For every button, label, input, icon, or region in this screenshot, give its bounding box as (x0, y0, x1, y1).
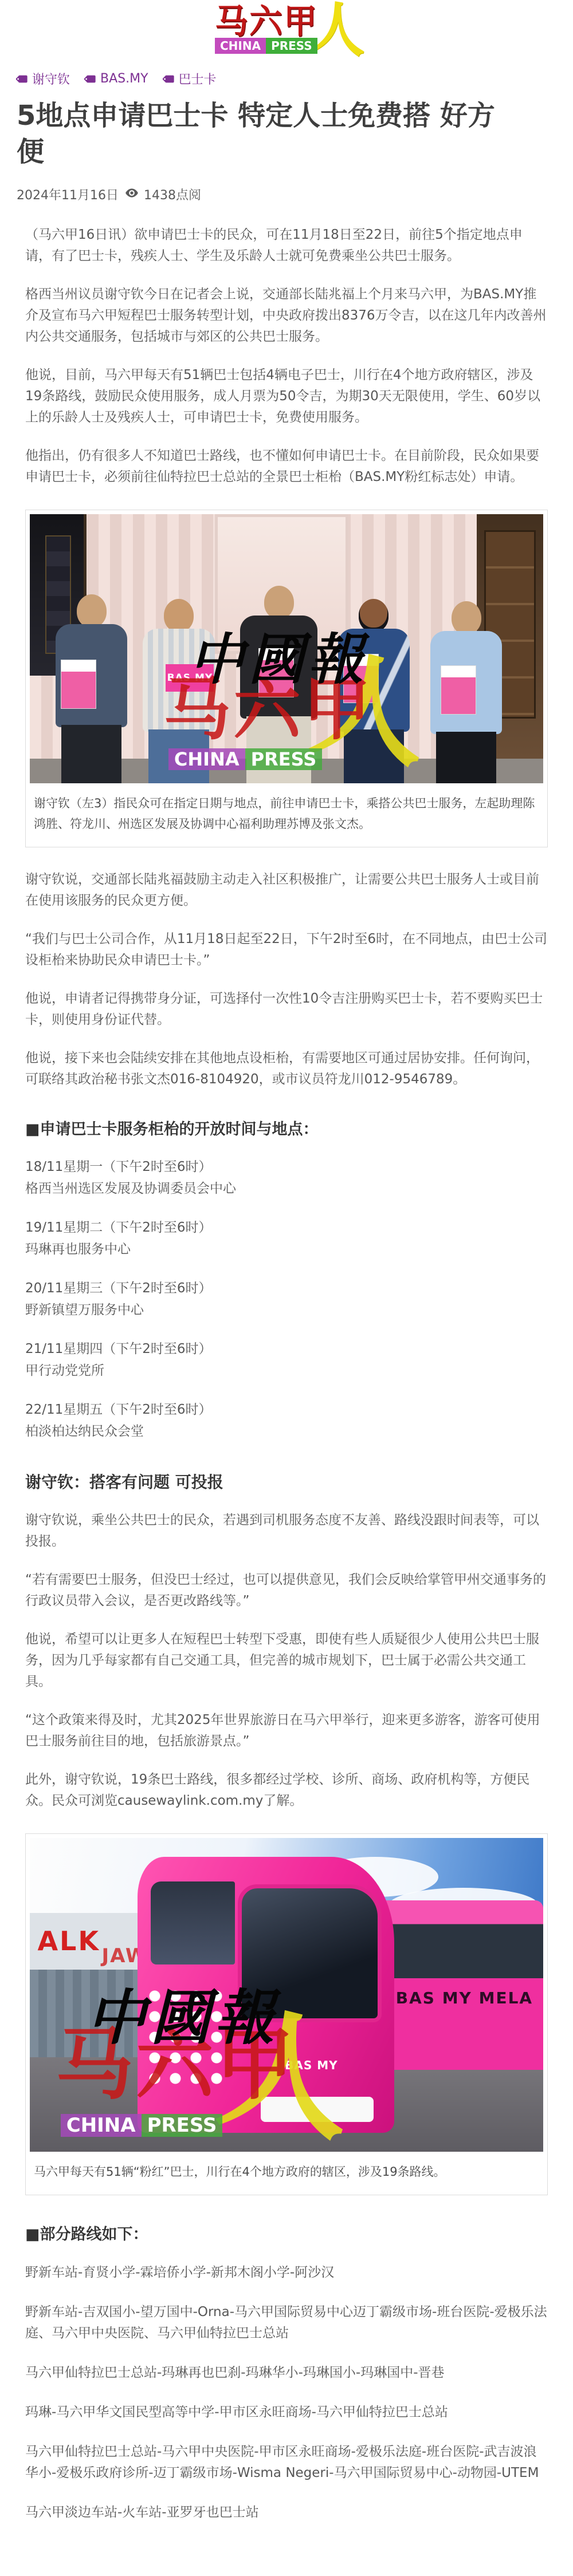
route-item: 马六甲淡边车站-火车站-亚罗牙也巴士站 (25, 2502, 548, 2523)
tag-link-bascard[interactable]: 巴士卡 (163, 70, 217, 88)
paragraph: “若有需要巴士服务，但没巴士经过，也可以提供意见，我们会反映给掌管甲州交通事务的… (25, 1569, 548, 1612)
tag-icon (82, 70, 100, 88)
press-conference-photo: BAS MY 中國報 马六甲 人 CHINA PRESS (30, 514, 543, 783)
tag-link-xieshouqin[interactable]: 谢守钦 (17, 70, 70, 88)
person-legs (436, 732, 496, 783)
paragraph: “这个政策来得及时，尤其2025年世界旅游日在马六甲举行，迎来更多游客，游客可使… (25, 1710, 548, 1752)
figure-press-conference: BAS MY 中國報 马六甲 人 CHINA PRESS 谢守钦（左3）指民众可… (25, 510, 548, 847)
watermark-chinapress-en: CHINA PRESS (61, 2114, 223, 2137)
complaint-heading: 谢守钦：搭客有问题 可投报 (25, 1470, 548, 1493)
schedule-venue: 柏淡柏达纳民众会堂 (25, 1421, 548, 1442)
paragraph: 他说，希望可以让更多人在短程巴士转型下受惠，即使有些人质疑很少人使用公共巴士服务… (25, 1629, 548, 1693)
tag-label: BAS.MY (100, 72, 148, 86)
route-item: 野新车站-育贤小学-霖培侨小学-新邦木阁小学-阿沙汉 (25, 2262, 548, 2283)
site-header: 马六甲 人 CHINA PRESS (0, 0, 573, 57)
route-item: 野新车站-吉双国小-望万国中-Orna-马六甲国际贸易中心迈丁霸级市场-班台医院… (25, 2302, 548, 2344)
second-bus-shape (368, 1900, 543, 2070)
tag-label: 巴士卡 (179, 70, 217, 88)
figure-pink-bus: ALK JAW BAS MY MELA BAS MY 中國報 马六甲 人 (25, 1833, 548, 2195)
paragraph: 他说，目前，马六甲每天有51辆巴士包括4辆电子巴士，川行在4个地方政府辖区，涉及… (25, 365, 548, 428)
figure-caption: 谢守钦（左3）指民众可在指定日期与地点，前往申请巴士卡，乘搭公共巴士服务，左起助… (26, 787, 547, 847)
building-signage: ALK (37, 1926, 100, 1956)
schedule-date: 19/11星期二（下午2时至6时） (25, 1217, 548, 1238)
paragraph: 他说，申请者记得携带身分证，可选择付一次性10令吉注册购买巴士卡，若不要购买巴士… (25, 988, 548, 1031)
article-meta: 2024年11月16日 1438点阅 (17, 186, 556, 204)
person-head (452, 601, 481, 634)
watermark-chinapress-script: 中國報 (189, 616, 368, 695)
eye-icon (124, 186, 139, 204)
paragraph: “我们与巴士公司合作，从11月18日起至22日，下午2时至6时，在不同地点，由巴… (25, 929, 548, 971)
pink-flyer (61, 660, 96, 709)
schedule-item: 22/11星期五（下午2时至6时） 柏淡柏达纳民众会堂 (25, 1399, 548, 1442)
schedule-venue: 甲行动党党所 (25, 1360, 548, 1382)
watermark-press: PRESS (142, 2114, 223, 2137)
paragraph: 谢守钦说，交通部长陆兆福鼓励主动走入社区积极推广，让需要公共巴士服务人士或目前在… (25, 869, 548, 912)
person-head (77, 594, 107, 628)
bus-side-window (151, 1881, 236, 1964)
figure-caption: 马六甲每天有51辆“粉红”巴士，川行在4个地方政府的辖区，涉及19条路线。 (26, 2156, 547, 2195)
route-item: 马六甲仙特拉巴士总站-马六甲中央医院-甲市区永旺商场-爱极乐法庭-班台医院-武吉… (25, 2441, 548, 2484)
logo-china-label: CHINA (215, 38, 266, 54)
routes-list: 野新车站-育贤小学-霖培侨小学-新邦木阁小学-阿沙汉 野新车站-吉双国小-望万国… (25, 2262, 548, 2523)
paragraph: 此外，谢守钦说，19条巴士路线，很多都经过学校、诊所、商场、政府机构等，方便民众… (25, 1769, 548, 1812)
route-item: 玛琳-马六甲华文国民型高等中学-甲市区永旺商场-马六甲仙特拉巴士总站 (25, 2402, 548, 2423)
tag-label: 谢守钦 (32, 70, 70, 88)
schedule-heading: ■申请巴士卡服务柜枱的开放时间与地点： (25, 1117, 548, 1139)
tag-link-basmy[interactable]: BAS.MY (85, 70, 148, 88)
publish-date: 2024年11月16日 (17, 186, 119, 203)
article-title: 5地点申请巴士卡 特定人士免费搭 好方便 (17, 98, 498, 171)
logo-text-melaka: 马六甲 (215, 5, 318, 38)
view-count: 1438点阅 (124, 186, 201, 204)
schedule-venue: 格西当州选区发展及协调委员会中心 (25, 1178, 548, 1200)
pink-bus-photo: ALK JAW BAS MY MELA BAS MY 中國報 马六甲 人 (30, 1838, 543, 2152)
watermark-china: CHINA (168, 748, 245, 770)
watermark-chinapress-script: 中國報 (87, 1970, 279, 2056)
routes-heading: ■部分路线如下： (25, 2222, 548, 2244)
logo-subtitle: CHINA PRESS (215, 38, 317, 54)
tag-icon (160, 70, 178, 88)
schedule-date: 18/11星期一（下午2时至6时） (25, 1156, 548, 1178)
watermark-chinapress-en: CHINA PRESS (168, 748, 322, 770)
schedule-item: 19/11星期二（下午2时至6时） 玛琳再也服务中心 (25, 1217, 548, 1260)
paragraph: 他指出，仍有很多人不知道巴士路线，也不懂如何申请巴士卡。在目前阶段，民众如果要申… (25, 445, 548, 488)
article-body: （马六甲16日讯）欲申请巴士卡的民众，可在11月18日至22日，前往5个指定地点… (0, 204, 573, 2523)
schedule-date: 21/11星期四（下午2时至6时） (25, 1338, 548, 1360)
tag-icon (14, 70, 32, 88)
schedule-date: 22/11星期五（下午2时至6时） (25, 1399, 548, 1421)
schedule-date: 20/11星期三（下午2时至6时） (25, 1277, 548, 1299)
paragraph: （马六甲16日讯）欲申请巴士卡的民众，可在11月18日至22日，前往5个指定地点… (25, 224, 548, 267)
schedule-item: 20/11星期三（下午2时至6时） 野新镇望万服务中心 (25, 1277, 548, 1321)
watermark-press: PRESS (245, 748, 323, 770)
route-item: 马六甲仙特拉巴士总站-玛琳再也巴刹-玛琳华小-玛琳国小-玛琳国中-晋巷 (25, 2362, 548, 2384)
schedule-item: 18/11星期一（下午2时至6时） 格西当州选区发展及协调委员会中心 (25, 1156, 548, 1200)
watermark-china: CHINA (61, 2114, 142, 2137)
schedule-item: 21/11星期四（下午2时至6时） 甲行动党党所 (25, 1338, 548, 1382)
article-tags: 谢守钦 BAS.MY 巴士卡 (0, 57, 573, 88)
bus-side-branding: BAS MY MELA (396, 1989, 533, 2007)
page: 马六甲 人 CHINA PRESS 谢守钦 BAS.MY 巴士卡 (0, 0, 573, 2576)
schedule-venue: 野新镇望万服务中心 (25, 1299, 548, 1321)
paragraph: 他说，接下来也会陆续安排在其他地点设柜枱，有需要地区可通过居协安排。任何询问，可… (25, 1048, 548, 1090)
logo-press-label: PRESS (266, 38, 317, 54)
schedule-venue: 玛琳再也服务中心 (25, 1238, 548, 1260)
pink-flyer (441, 665, 476, 715)
site-logo[interactable]: 马六甲 人 CHINA PRESS (215, 2, 358, 57)
person-legs (61, 725, 121, 783)
paragraph: 谢守钦说，乘坐公共巴士的民众，若遇到司机服务态度不友善、路线没跟时间表等，可以投… (25, 1510, 548, 1552)
paragraph: 格西当州议员谢守钦今日在记者会上说，交通部长陆兆福上个月来马六甲，为BAS.MY… (25, 284, 548, 348)
schedule-list: 18/11星期一（下午2时至6时） 格西当州选区发展及协调委员会中心 19/11… (25, 1156, 548, 1442)
person-head (264, 586, 294, 619)
view-count-text: 1438点阅 (144, 186, 201, 203)
